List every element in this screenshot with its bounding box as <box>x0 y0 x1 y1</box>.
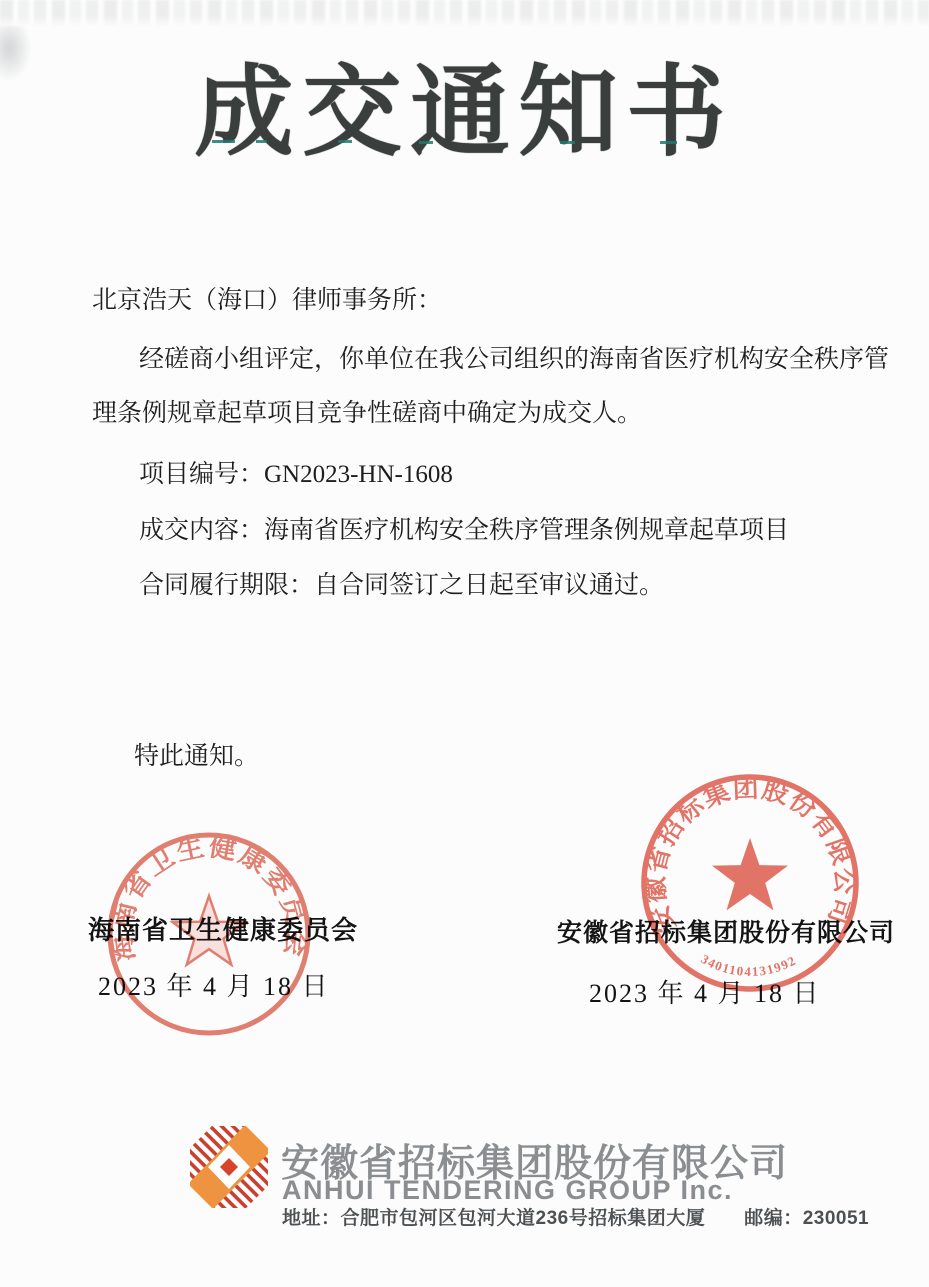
recipient-line: 北京浩天（海口）律师事务所： <box>92 285 442 316</box>
svg-text:3401104131992: 3401104131992 <box>698 951 798 979</box>
document-title: 成交通知书 <box>0 56 929 172</box>
right-official-seal: 安徽省招标集团股份有限公司 3401104131992 <box>636 769 864 1002</box>
right-seal-serial-number: 3401104131992 <box>698 951 798 979</box>
right-seal-graphic: 安徽省招标集团股份有限公司 3401104131992 <box>636 769 864 997</box>
company-logo-icon <box>188 1124 270 1215</box>
scanned-notice-document: 成交通知书 北京浩天（海口）律师事务所： 经磋商小组评定，你单位在我公司组织的海… <box>0 0 929 1287</box>
paragraph-line-2: 理条例规章起草项目竞争性磋商中确定为成交人。 <box>92 398 642 429</box>
left-seal-star-icon <box>173 896 245 965</box>
footer-address-line: 地址：合肥市包河区包河大道236号招标集团大厦 邮编：230051 <box>282 1203 869 1230</box>
paragraph-line-1: 经磋商小组评定，你单位在我公司组织的海南省医疗机构安全秩序管 <box>139 344 889 375</box>
right-seal-star-icon <box>712 838 788 910</box>
left-official-seal: 海南省卫生健康委员会 <box>102 827 316 1046</box>
closing-line: 特此通知。 <box>134 741 259 772</box>
left-seal-graphic: 海南省卫生健康委员会 <box>102 827 316 1041</box>
page-top-bleed-artifact <box>0 0 929 27</box>
footer-company-name-en: ANHUI TENDERING GROUP Inc. <box>282 1175 733 1206</box>
project-number-line: 项目编号：GN2023-HN-1608 <box>139 459 453 490</box>
award-content-line: 成交内容：海南省医疗机构安全秩序管理条例规章起草项目 <box>139 515 789 546</box>
contract-term-line: 合同履行期限：自合同签订之日起至审议通过。 <box>139 570 664 601</box>
